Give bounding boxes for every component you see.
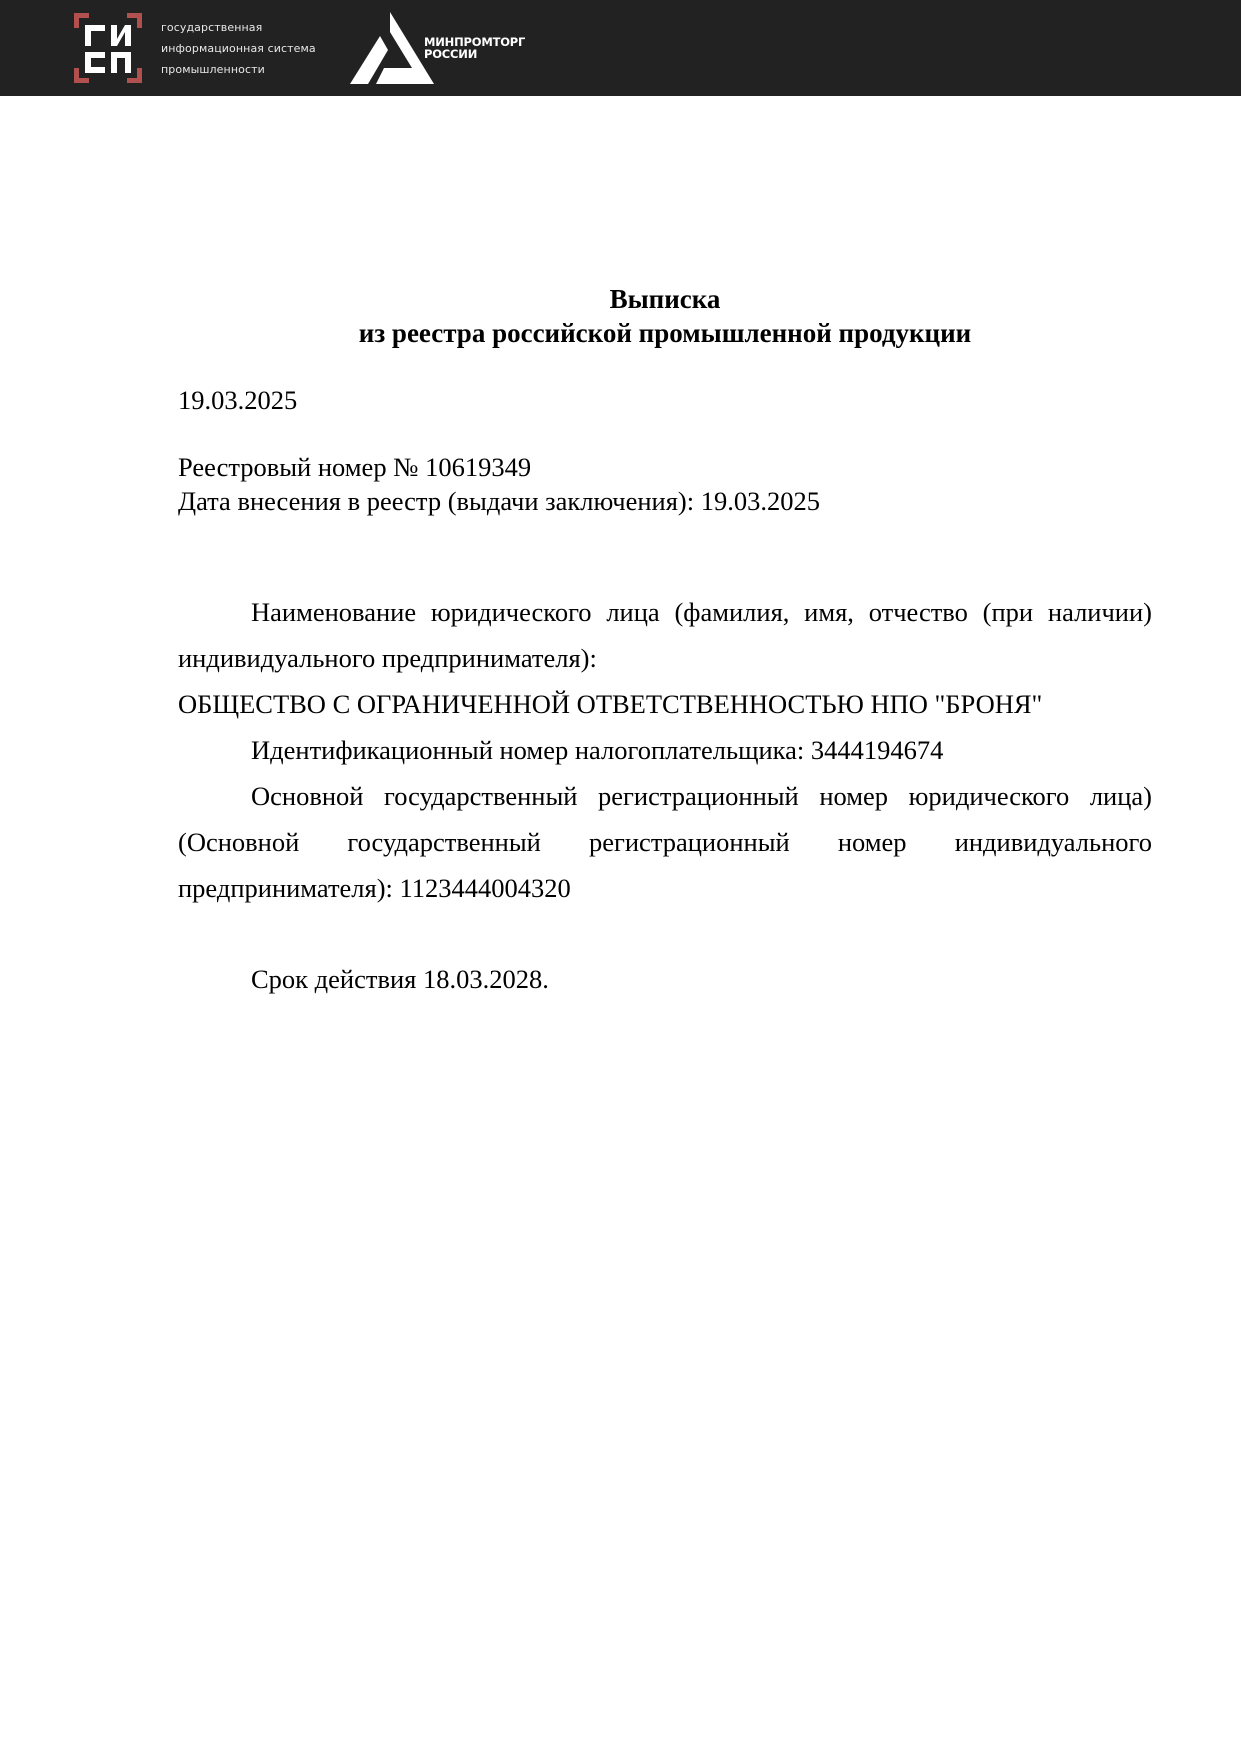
inn-line: Идентификационный номер налогоплательщик… bbox=[178, 727, 1152, 773]
document-title-line2: из реестра российской промышленной проду… bbox=[178, 316, 1152, 350]
gisp-caption-line: промышленности bbox=[161, 59, 316, 80]
gisp-caption: государственная информационная система п… bbox=[161, 17, 316, 80]
issue-date: 19.03.2025 bbox=[178, 383, 297, 417]
minpromtorg-line: РОССИИ bbox=[424, 48, 525, 60]
minpromtorg-text: МИНПРОМТОРГ РОССИИ bbox=[424, 36, 525, 60]
validity-line: Срок действия 18.03.2028. bbox=[178, 956, 1152, 1002]
document-title-line1: Выписка bbox=[178, 282, 1152, 316]
header-band: государственная информационная система п… bbox=[0, 0, 1241, 96]
gisp-caption-line: информационная система bbox=[161, 38, 316, 59]
registry-number: Реестровый номер № 10619349 bbox=[178, 450, 531, 484]
ogrn-line: Основной государственный регистрационный… bbox=[178, 773, 1152, 911]
gisp-caption-line: государственная bbox=[161, 17, 316, 38]
legal-entity-name: ОБЩЕСТВО С ОГРАНИЧЕННОЙ ОТВЕТСТВЕННОСТЬЮ… bbox=[178, 681, 1152, 727]
document-title: Выписка из реестра российской промышленн… bbox=[178, 282, 1152, 350]
registry-entry-date: Дата внесения в реестр (выдачи заключени… bbox=[178, 484, 820, 518]
gisp-logo-icon bbox=[74, 13, 142, 83]
minpromtorg-logo-icon bbox=[350, 12, 434, 84]
legal-entity-label: Наименование юридического лица (фамилия,… bbox=[178, 589, 1152, 681]
